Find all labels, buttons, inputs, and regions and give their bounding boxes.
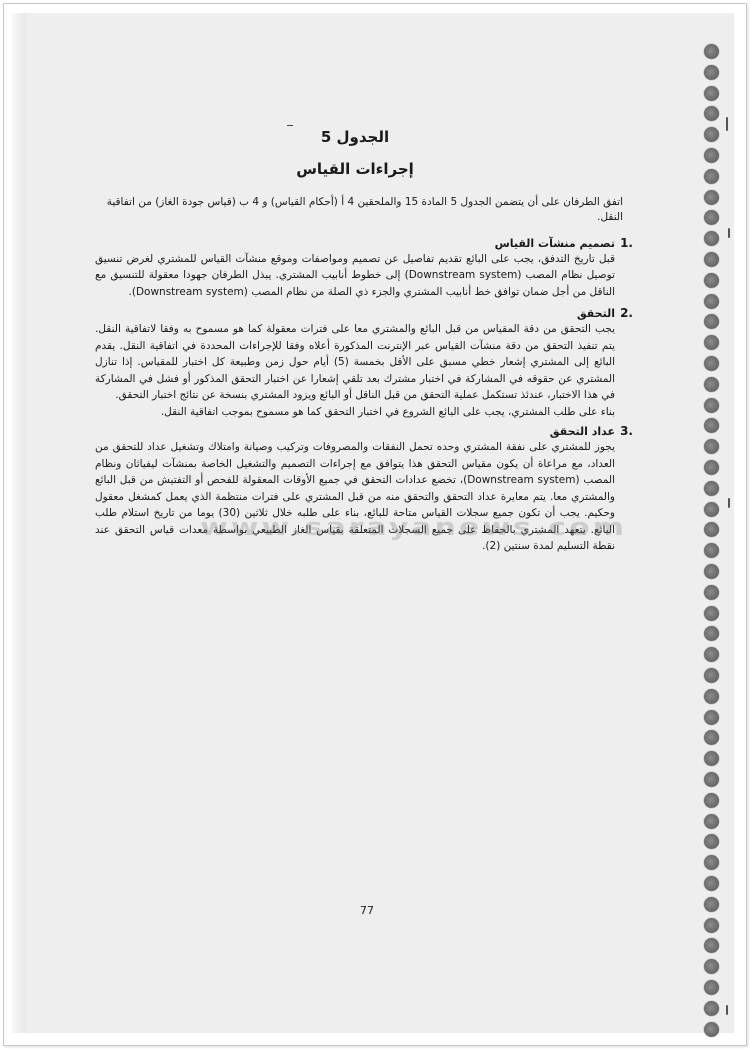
binding-hole-icon — [704, 751, 719, 766]
binding-hole-icon — [704, 127, 719, 142]
binding-hole-icon — [704, 231, 719, 246]
binding-hole-icon — [704, 398, 719, 413]
section-check-meter: 3. عداد التحقق يجوز للمشتري على نفقة الم… — [95, 424, 615, 555]
binding-hole-icon — [704, 647, 719, 662]
binding-hole-icon — [704, 522, 719, 537]
section-paragraph: قبل تاريخ التدفق، يجب على البائع تقديم ت… — [95, 251, 615, 301]
scan-mark — [728, 228, 730, 238]
binding-hole-icon — [704, 460, 719, 475]
section-heading: التحقق — [95, 306, 615, 321]
binding-hole-icon — [704, 273, 719, 288]
binding-hole-icon — [704, 252, 719, 267]
scan-mark — [726, 1005, 728, 1015]
binding-hole-icon — [704, 834, 719, 849]
binding-hole-icon — [704, 543, 719, 558]
binding-hole-icon — [704, 980, 719, 995]
binding-hole-icon — [704, 377, 719, 392]
binding-hole-icon — [704, 335, 719, 350]
scan-mark — [726, 117, 728, 131]
binding-hole-icon — [704, 294, 719, 309]
document-body: الجدول 5 إجراءات القياس اتفق الطرفان على… — [95, 128, 615, 555]
binding-hole-icon — [704, 710, 719, 725]
intro-paragraph: اتفق الطرفان على أن يتضمن الجدول 5 الماد… — [95, 195, 623, 225]
binding-hole-icon — [704, 1001, 719, 1016]
schedule-title: الجدول 5 — [95, 128, 615, 146]
binding-hole-icon — [704, 148, 719, 163]
schedule-subtitle: إجراءات القياس — [95, 160, 615, 178]
binding-hole-icon — [704, 606, 719, 621]
binding-hole-icon — [704, 959, 719, 974]
section-heading: عداد التحقق — [95, 424, 615, 439]
section-number: 3. — [620, 424, 633, 438]
binding-hole-icon — [704, 772, 719, 787]
section-number: 2. — [620, 306, 633, 320]
binding-hole-icon — [704, 564, 719, 579]
binding-hole-icon — [704, 44, 719, 59]
binding-hole-icon — [704, 855, 719, 870]
section-heading: تصميم منشآت القياس — [95, 236, 615, 251]
binding-hole-icon — [704, 938, 719, 953]
binding-hole-icon — [704, 502, 719, 517]
section-design: 1. تصميم منشآت القياس قبل تاريخ التدفق، … — [95, 236, 615, 301]
page-number: 77 — [360, 904, 374, 917]
binding-hole-icon — [704, 689, 719, 704]
binding-hole-icon — [704, 918, 719, 933]
section-paragraph: يجوز للمشتري على نفقة المشتري وحده تحمل … — [95, 439, 615, 555]
binding-hole-icon — [704, 1022, 719, 1037]
binding-hole-icon — [704, 86, 719, 101]
binding-hole-icon — [704, 481, 719, 496]
section-paragraph: بناء على طلب المشتري، يجب على البائع الش… — [95, 404, 615, 421]
binding-hole-icon — [704, 418, 719, 433]
binding-hole-icon — [704, 356, 719, 371]
section-verification: 2. التحقق يجب التحقق من دقة المقياس من ق… — [95, 306, 615, 420]
binding-hole-icon — [704, 190, 719, 205]
binding-hole-icon — [704, 897, 719, 912]
binding-hole-icon — [704, 814, 719, 829]
binding-hole-icon — [704, 585, 719, 600]
binding-hole-icon — [704, 65, 719, 80]
binding-hole-icon — [704, 730, 719, 745]
spiral-binding-holes — [704, 30, 724, 1040]
scan-mark — [728, 498, 730, 508]
section-number: 1. — [620, 236, 633, 250]
binding-hole-icon — [704, 106, 719, 121]
binding-hole-icon — [704, 314, 719, 329]
scan-mark — [287, 125, 293, 126]
binding-hole-icon — [704, 668, 719, 683]
binding-hole-icon — [704, 793, 719, 808]
binding-hole-icon — [704, 439, 719, 454]
binding-hole-icon — [704, 626, 719, 641]
binding-hole-icon — [704, 169, 719, 184]
section-paragraph: يجب التحقق من دقة المقياس من قبل البائع … — [95, 321, 615, 404]
binding-hole-icon — [704, 876, 719, 891]
page-edge-shadow — [12, 13, 26, 1033]
binding-hole-icon — [704, 210, 719, 225]
